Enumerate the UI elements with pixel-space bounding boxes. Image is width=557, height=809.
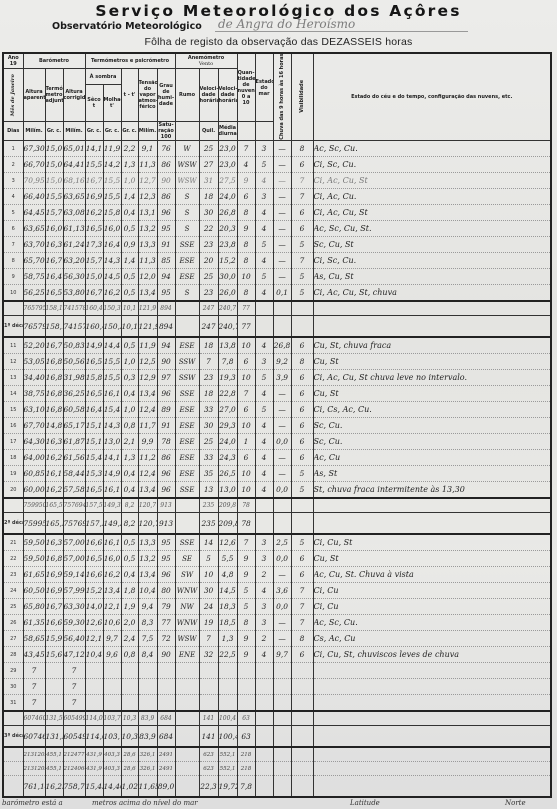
t-diff-header: t - t' xyxy=(121,69,138,122)
cell: 2,4 xyxy=(121,631,138,647)
cell: 3 xyxy=(255,189,273,205)
cell: 16,2 xyxy=(45,450,63,466)
cell: 96 xyxy=(157,567,175,583)
cell: 100,4 xyxy=(218,711,237,726)
cell xyxy=(273,747,291,762)
cell: 79 xyxy=(157,599,175,615)
cell: 96 xyxy=(157,482,175,499)
cell: 60,85 xyxy=(23,466,45,482)
cell: 10 xyxy=(237,370,255,386)
cell: 61,35 xyxy=(23,615,45,631)
cell: 22,3 xyxy=(199,776,218,798)
table-row: 2460,5016,957,9915,213,41,810,480WNW3014… xyxy=(3,583,551,599)
cell: 141 xyxy=(199,711,218,726)
table-row: 1438,7516,836,2516,516,10,413,496SSE1822… xyxy=(3,386,551,402)
cell: 78 xyxy=(237,513,255,535)
cell: 78 xyxy=(237,498,255,513)
cell: 58,44 xyxy=(63,466,85,482)
cell: 86 xyxy=(157,157,175,173)
cell: 431,9 xyxy=(85,747,103,762)
days-header: Dias xyxy=(3,122,23,141)
cell: 83,9 xyxy=(138,711,157,726)
cell xyxy=(175,679,199,695)
cell: 17,3 xyxy=(85,237,103,253)
cell: 5 xyxy=(255,237,273,253)
cell: 16,9 xyxy=(45,583,63,599)
cell: 0,5 xyxy=(121,285,138,302)
cell: 4 xyxy=(255,434,273,450)
cell: 0,4 xyxy=(121,567,138,583)
decade1-summary-row: 765795158,1741578160,4150,310,1121,98942… xyxy=(3,301,551,316)
cell: 61,56 xyxy=(63,450,85,466)
cell: ESE xyxy=(175,402,199,418)
cell: 1 xyxy=(237,434,255,450)
cell: 14,1 xyxy=(85,141,103,157)
cell: 9 xyxy=(237,631,255,647)
cell: 605499 xyxy=(63,711,85,726)
cell: 7 xyxy=(291,253,313,269)
cell: 23,0 xyxy=(218,141,237,157)
cell: 4,8 xyxy=(218,567,237,583)
cell xyxy=(273,711,291,726)
cell: 10 xyxy=(3,285,23,302)
cell: 14,40 xyxy=(103,776,121,798)
cell: 16,2 xyxy=(45,482,63,499)
cell xyxy=(255,695,273,712)
cell: 15,1 xyxy=(85,418,103,434)
thermometers-header: Termómetros e psicrómetro xyxy=(85,53,175,69)
cell: 9,9 xyxy=(138,434,157,450)
table-row: 958,7516,456,3015,014,50,512,094ESE2530,… xyxy=(3,269,551,285)
cell: 4 xyxy=(255,583,273,599)
totals-summary-row: 761,1416,25758,7015,4314,401,0211,6589,0… xyxy=(3,776,551,798)
cell xyxy=(291,726,313,748)
cell xyxy=(255,776,273,798)
cell: 15,0 xyxy=(45,173,63,189)
cell: 95 xyxy=(157,285,175,302)
cell: 86 xyxy=(157,450,175,466)
wind-direction-header: Rumo xyxy=(175,69,199,122)
cell: W xyxy=(175,141,199,157)
cell: Ci, Sc, Cu. xyxy=(313,157,551,173)
cell: 759950 xyxy=(23,513,45,535)
cell xyxy=(313,726,551,748)
cell: — xyxy=(273,466,291,482)
cell: 16,5 xyxy=(85,354,103,370)
cell: 15,5 xyxy=(103,173,121,189)
cell: Ci, Ac, Cu, St, chuva xyxy=(313,285,551,302)
cell: 14 xyxy=(199,534,218,551)
cell: 9,6 xyxy=(103,647,121,663)
cell: 11,2 xyxy=(138,450,157,466)
sheet-title: Fôlha de registo da observação das DEZAS… xyxy=(0,36,557,48)
cell: 6 xyxy=(3,221,23,237)
cell: 19,3 xyxy=(218,370,237,386)
cell: 7 xyxy=(3,237,23,253)
cell: 16,6 xyxy=(45,615,63,631)
cell xyxy=(255,316,273,338)
cell xyxy=(199,679,218,695)
cell xyxy=(291,498,313,513)
cell: 7 xyxy=(291,599,313,615)
cell: Sc, Cu, St xyxy=(313,237,551,253)
cell: WSW xyxy=(175,631,199,647)
cell: 64,41 xyxy=(63,157,85,173)
decade3-summary-row: 3ª década607460131,5605499114,0103,710,3… xyxy=(3,726,551,748)
cell: 27,0 xyxy=(218,402,237,418)
cell: 6 xyxy=(237,354,255,370)
cell xyxy=(273,726,291,748)
cell: 16,7 xyxy=(85,173,103,189)
cell xyxy=(175,301,199,316)
table-row: 2977 xyxy=(3,663,551,679)
cell: 2124060 xyxy=(63,762,85,776)
cell: 13,1 xyxy=(138,205,157,221)
cell xyxy=(291,513,313,535)
cell: 15,5 xyxy=(45,189,63,205)
cell: 16,9 xyxy=(85,189,103,205)
cell: 16 xyxy=(3,418,23,434)
cell: 5 xyxy=(255,370,273,386)
cell: 13,4 xyxy=(138,482,157,499)
cell: 14 xyxy=(3,386,23,402)
cell: 5 xyxy=(255,157,273,173)
cell: 8,3 xyxy=(138,615,157,631)
cell: S xyxy=(175,285,199,302)
unit-blank xyxy=(237,122,255,141)
cell: 8 xyxy=(237,615,255,631)
cell xyxy=(291,301,313,316)
clouds-header: Quan-tidade de nuvens 0 a 10 xyxy=(237,53,255,122)
cell: 97 xyxy=(157,370,175,386)
cell: 0,4 xyxy=(121,482,138,499)
cell: 60,58 xyxy=(63,402,85,418)
cell: 3 xyxy=(255,615,273,631)
cell: 17 xyxy=(3,434,23,450)
cell: 4 xyxy=(255,647,273,663)
table-row: 1563,1016,860,5816,415,41,012,489ESE3327… xyxy=(3,402,551,418)
cell xyxy=(313,747,551,762)
cell: 5 xyxy=(291,285,313,302)
cell: 2131205 xyxy=(23,762,45,776)
cell: 326,1 xyxy=(138,762,157,776)
cell: 50,56 xyxy=(63,354,85,370)
cell xyxy=(273,695,291,712)
cell: 2 xyxy=(3,157,23,173)
cell: 15,0 xyxy=(45,157,63,173)
cell: ESE xyxy=(175,450,199,466)
cell: 15,5 xyxy=(103,354,121,370)
cell: 38,75 xyxy=(23,386,45,402)
cell: 7 xyxy=(291,189,313,205)
cell: 552,1 xyxy=(218,747,237,762)
cell: 16,8 xyxy=(45,402,63,418)
cell: 150,3 xyxy=(103,301,121,316)
cell: 8 xyxy=(237,285,255,302)
cell: SSE xyxy=(175,386,199,402)
cell: 24,0 xyxy=(218,189,237,205)
cell: 6 xyxy=(291,157,313,173)
cell: S xyxy=(175,189,199,205)
cell: As, St xyxy=(313,466,551,482)
cell xyxy=(3,301,23,316)
table-row: 865,7016,763,2015,714,31,411,385ESE2015,… xyxy=(3,253,551,269)
cell: 35 xyxy=(199,466,218,482)
cell: 13,4 xyxy=(103,583,121,599)
cell xyxy=(291,316,313,338)
cell: 60,50 xyxy=(23,583,45,599)
cell: 64,00 xyxy=(23,450,45,466)
cell: 15,5 xyxy=(85,157,103,173)
cell xyxy=(175,513,199,535)
cell: 8,2 xyxy=(121,513,138,535)
cell: 26,8 xyxy=(218,205,237,221)
cell: 14,4 xyxy=(103,337,121,354)
cell: ENE xyxy=(175,647,199,663)
cell: 7 xyxy=(23,679,45,695)
cell xyxy=(313,301,551,316)
cell: 160,4 xyxy=(85,301,103,316)
cell: 16,8 xyxy=(45,386,63,402)
cell: 16,1 xyxy=(103,386,121,402)
cell: 9,7 xyxy=(273,647,291,663)
cell xyxy=(121,679,138,695)
cell: 30 xyxy=(3,679,23,695)
cell xyxy=(157,663,175,679)
cell: 61,24 xyxy=(63,237,85,253)
cell: 2491 xyxy=(157,747,175,762)
cell: 19 xyxy=(199,615,218,631)
cell: 247 xyxy=(199,301,218,316)
cell xyxy=(273,513,291,535)
cell: 16,1 xyxy=(103,482,121,499)
cell xyxy=(218,663,237,679)
cell: 12,6 xyxy=(218,534,237,551)
cell: 28 xyxy=(3,647,23,663)
cell: Cu, St, chuva fraca xyxy=(313,337,551,354)
cell: 28,6 xyxy=(121,762,138,776)
cell: 757694 xyxy=(63,513,85,535)
cell: 15,7 xyxy=(85,253,103,269)
cell: 86 xyxy=(157,189,175,205)
cell xyxy=(85,663,103,679)
cell: 16,7 xyxy=(85,285,103,302)
cell: 431,9 xyxy=(85,762,103,776)
cell: 12,3 xyxy=(138,189,157,205)
cell: 1,02 xyxy=(121,776,138,798)
cell: 158,1 xyxy=(45,301,63,316)
cell: WNW xyxy=(175,583,199,599)
cell: 761,14 xyxy=(23,776,45,798)
cell: 894 xyxy=(157,316,175,338)
cell: Sc, Cu. xyxy=(313,434,551,450)
cell: 8,4 xyxy=(138,647,157,663)
cell xyxy=(45,679,63,695)
wind-speed-header: Veloci-dade horária xyxy=(199,69,218,122)
footer-altitude-text: metros acima do nível do mar xyxy=(92,799,198,807)
cell: 16,4 xyxy=(85,402,103,418)
cell: 16,1 xyxy=(45,466,63,482)
cell: 16,4 xyxy=(103,237,121,253)
cell: 455,1 xyxy=(45,747,63,762)
cell xyxy=(313,762,551,776)
cell: 57,00 xyxy=(63,551,85,567)
observation-table: Ano19 Barómetro Termómetros e psicrómetr… xyxy=(2,52,552,798)
cell xyxy=(199,695,218,712)
unit-saturation: Satu-ração 100 xyxy=(157,122,175,141)
visibility-header: Visibilidade xyxy=(291,53,313,141)
cell: 14,0 xyxy=(85,599,103,615)
cell: Ac, Sc, Cu. xyxy=(313,141,551,157)
cell xyxy=(175,695,199,712)
cell: 16,0 xyxy=(103,221,121,237)
cell: 759950 xyxy=(23,498,45,513)
footer: barómetro está a metros acima do nível d… xyxy=(0,799,557,809)
cell: 6 xyxy=(291,450,313,466)
cell: 18 xyxy=(199,386,218,402)
cell: 18,3 xyxy=(218,599,237,615)
cell: 13 xyxy=(199,482,218,499)
cell: Ac, Sc, Cu, St. xyxy=(313,221,551,237)
cell: 8 xyxy=(237,237,255,253)
cell: 15,2 xyxy=(85,583,103,599)
cell: 7 xyxy=(63,695,85,712)
cell: 623 xyxy=(199,747,218,762)
cell: SSE xyxy=(175,237,199,253)
observatory-name: de Angra do Heroísmo xyxy=(215,17,468,32)
cell: 10 xyxy=(237,337,255,354)
cell: 16,5 xyxy=(85,221,103,237)
cell xyxy=(3,498,23,513)
cell: 20,3 xyxy=(218,221,237,237)
cell xyxy=(255,726,273,748)
cell: 89,0 xyxy=(157,776,175,798)
footer-north-label: Norte xyxy=(505,799,526,807)
cell: 7 xyxy=(23,695,45,712)
cell: 59,30 xyxy=(63,615,85,631)
cell: 4 xyxy=(255,482,273,499)
decade1-summary-row: 1ª década765795158,1741578160,4150,310,1… xyxy=(3,316,551,338)
cell: 0,4 xyxy=(121,205,138,221)
cell: 0,8 xyxy=(121,418,138,434)
cell: 23 xyxy=(199,237,218,253)
cell: 16,6 xyxy=(85,534,103,551)
cell: 15,7 xyxy=(45,205,63,221)
cell: 57,00 xyxy=(63,534,85,551)
cell: 12,9 xyxy=(138,370,157,386)
cell: 13,3 xyxy=(138,534,157,551)
cell: — xyxy=(273,418,291,434)
table-row: 2843,4515,647,1210,49,60,88,490ENE3222,5… xyxy=(3,647,551,663)
cell: 10,4 xyxy=(85,647,103,663)
cell: 63,70 xyxy=(23,237,45,253)
cell: Ci, Cu, St xyxy=(313,534,551,551)
cell: 607460 xyxy=(23,711,45,726)
cell: 16,3 xyxy=(45,237,63,253)
cell: 15,6 xyxy=(45,647,63,663)
cell: 14,2 xyxy=(103,157,121,173)
cell: 65,70 xyxy=(23,253,45,269)
cell: 95 xyxy=(157,221,175,237)
cell: 247 xyxy=(199,316,218,338)
cell: 121,9 xyxy=(138,316,157,338)
cell: 9 xyxy=(237,551,255,567)
cell: 12 xyxy=(3,354,23,370)
cell: 20 xyxy=(199,253,218,269)
cell: 16,1 xyxy=(103,534,121,551)
unit-blank xyxy=(255,122,273,141)
cell: 157,5 xyxy=(85,513,103,535)
cell: 6 xyxy=(291,567,313,583)
cell: 5,5 xyxy=(218,551,237,567)
cell xyxy=(3,762,23,776)
cell xyxy=(313,663,551,679)
cell: 78 xyxy=(157,434,175,450)
cell: — xyxy=(273,253,291,269)
unit-milim: Milím. xyxy=(138,122,157,141)
cell: — xyxy=(273,567,291,583)
cell: 30 xyxy=(199,418,218,434)
cell: 240,7 xyxy=(218,316,237,338)
cell: 16,7 xyxy=(45,337,63,354)
cell xyxy=(313,498,551,513)
rain-header: Chuva das 9 horas às 16 horas xyxy=(273,53,291,141)
cell: 56,40 xyxy=(63,631,85,647)
cell: 0,0 xyxy=(273,599,291,615)
cell: 90 xyxy=(157,173,175,189)
cell: 15 xyxy=(3,402,23,418)
attached-thermometer-header: Termó-metro adjunto xyxy=(45,69,63,122)
table-row: 3077 xyxy=(3,679,551,695)
cell: WNW xyxy=(175,615,199,631)
cell: — xyxy=(273,402,291,418)
cell: 15,8 xyxy=(103,205,121,221)
cell: 9,7 xyxy=(103,631,121,647)
cell: 22 xyxy=(3,551,23,567)
cell: 4 xyxy=(255,253,273,269)
cell xyxy=(175,776,199,798)
cell: 913 xyxy=(157,498,175,513)
cell: 150,3 xyxy=(103,316,121,338)
cell: 11,7 xyxy=(138,418,157,434)
cell: 16,8 xyxy=(45,551,63,567)
cell: 56,30 xyxy=(63,269,85,285)
cell: 16,7 xyxy=(45,599,63,615)
table-row: 1960,8516,158,4415,314,90,412,496ESE3526… xyxy=(3,466,551,482)
cell: 89 xyxy=(157,402,175,418)
cell: 15,4 xyxy=(85,450,103,466)
cell: 26,8 xyxy=(273,337,291,354)
cell xyxy=(218,679,237,695)
cell: 31,98 xyxy=(63,370,85,386)
cell xyxy=(103,663,121,679)
cell xyxy=(3,711,23,726)
totals-summary-row: 2131205455,12124060431,9403,328,6326,124… xyxy=(3,762,551,776)
cell: 16,5 xyxy=(85,551,103,567)
cell: 15,0 xyxy=(45,141,63,157)
unit-grc: Gr. c. xyxy=(45,122,63,141)
cell: 16,3 xyxy=(45,434,63,450)
table-row: 564,4515,763,0816,215,80,413,196S3026,88… xyxy=(3,205,551,221)
cell xyxy=(273,316,291,338)
cell: Cu, St xyxy=(313,354,551,370)
cell: 28,6 xyxy=(121,747,138,762)
cell: ESE xyxy=(175,418,199,434)
cell: 50,83 xyxy=(63,337,85,354)
cell: 13,4 xyxy=(138,386,157,402)
cell: 23 xyxy=(199,285,218,302)
cell: 12,1 xyxy=(103,599,121,615)
